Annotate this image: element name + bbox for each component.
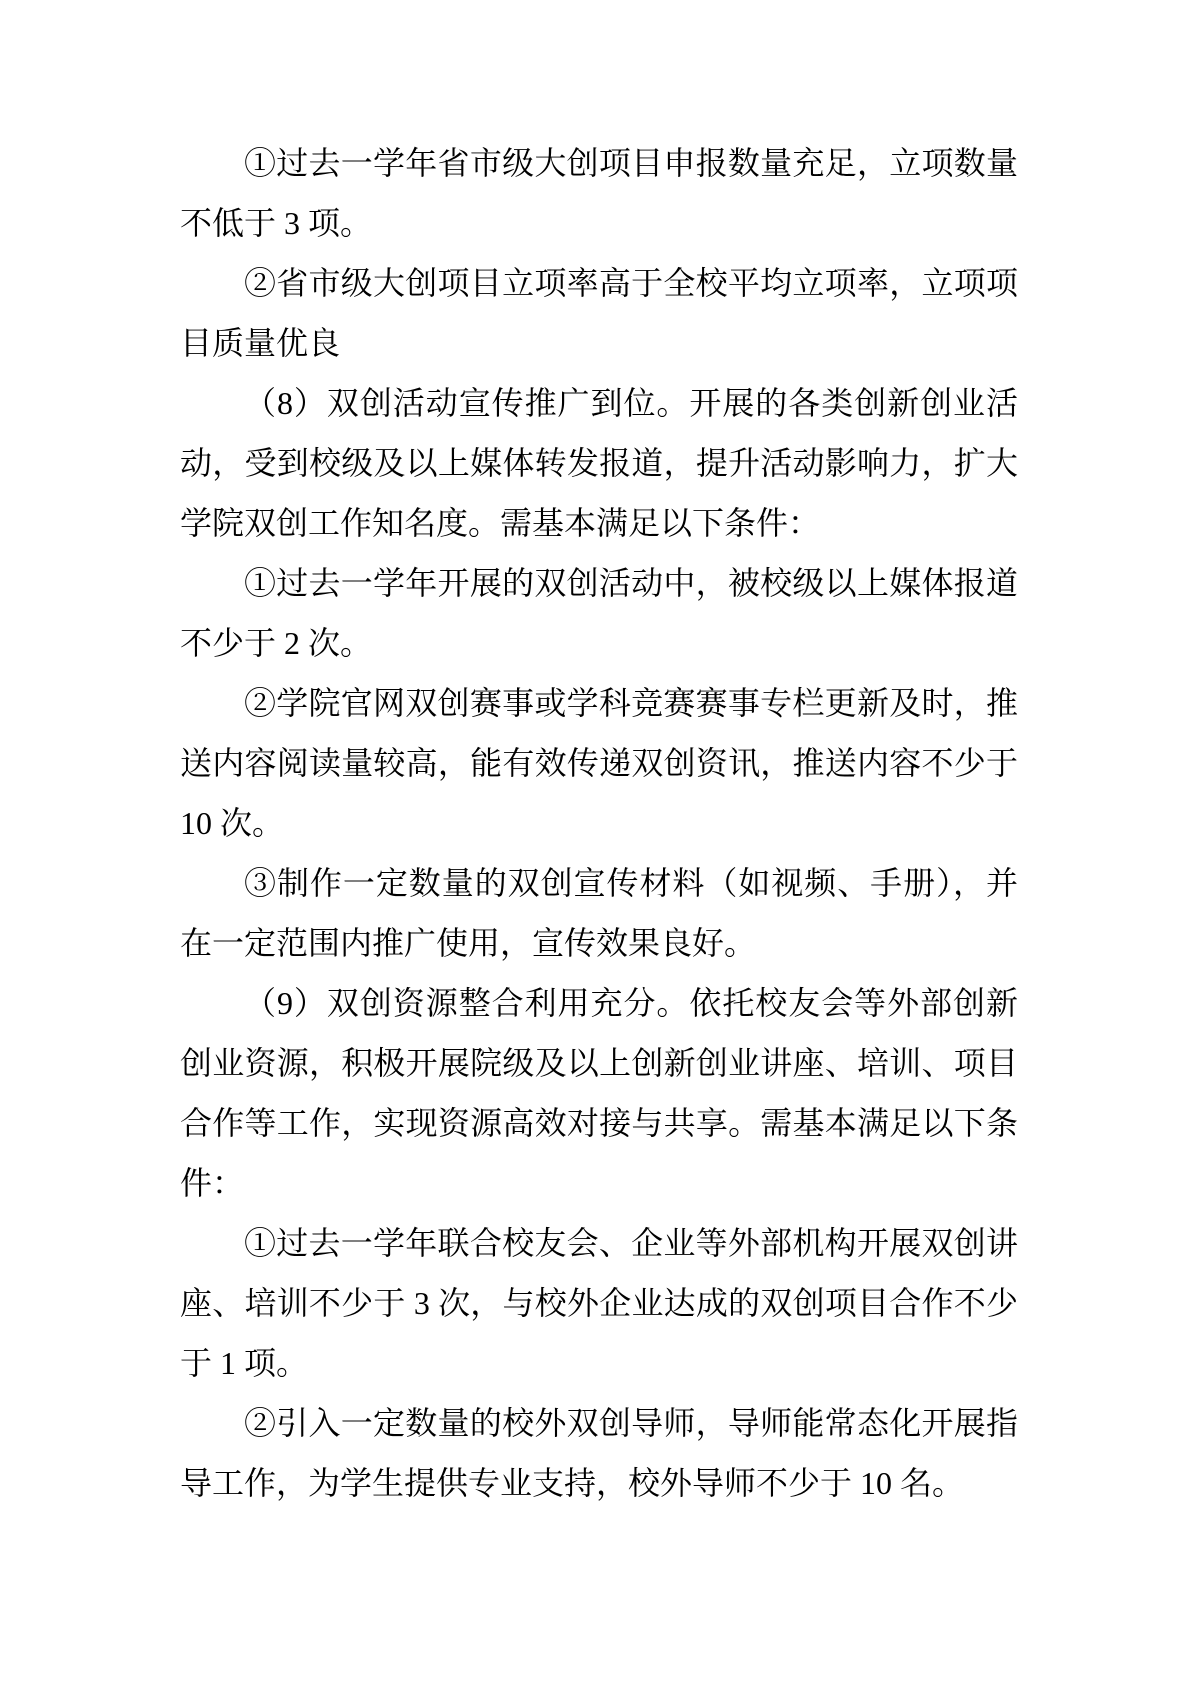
paragraph: ②学院官网双创赛事或学科竞赛赛事专栏更新及时，推送内容阅读量较高，能有效传递双创…	[180, 673, 1018, 853]
paragraph: （9）双创资源整合利用充分。依托校友会等外部创新创业资源，积极开展院级及以上创新…	[180, 973, 1018, 1213]
paragraph: ③制作一定数量的双创宣传材料（如视频、手册），并在一定范围内推广使用，宣传效果良…	[180, 853, 1018, 973]
document-page: ①过去一学年省市级大创项目申报数量充足，立项数量不低于 3 项。②省市级大创项目…	[0, 0, 1191, 1684]
paragraph: ①过去一学年省市级大创项目申报数量充足，立项数量不低于 3 项。	[180, 133, 1018, 253]
paragraph: ①过去一学年开展的双创活动中，被校级以上媒体报道不少于 2 次。	[180, 553, 1018, 673]
paragraph: ①过去一学年联合校友会、企业等外部机构开展双创讲座、培训不少于 3 次，与校外企…	[180, 1213, 1018, 1393]
paragraph: ②省市级大创项目立项率高于全校平均立项率，立项项目质量优良	[180, 253, 1018, 373]
document-body: ①过去一学年省市级大创项目申报数量充足，立项数量不低于 3 项。②省市级大创项目…	[180, 133, 1018, 1513]
paragraph: ②引入一定数量的校外双创导师，导师能常态化开展指导工作，为学生提供专业支持，校外…	[180, 1393, 1018, 1513]
paragraph: （8）双创活动宣传推广到位。开展的各类创新创业活动，受到校级及以上媒体转发报道，…	[180, 373, 1018, 553]
